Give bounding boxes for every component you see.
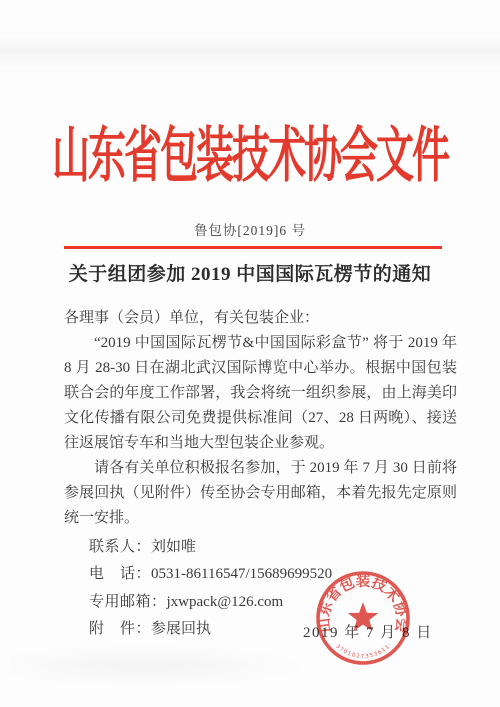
contact-row: 联系人：刘如唯 xyxy=(89,534,457,561)
org-letterhead-title: 山东省包装技术协会文件 xyxy=(20,86,480,228)
contact-label: 联系人： xyxy=(89,539,151,555)
contact-value: 0531-86116547/15689699520 xyxy=(151,566,332,582)
document-title: 关于组团参加 2019 中国国际瓦楞节的通知 xyxy=(0,259,500,286)
scan-artifact-top xyxy=(0,36,500,68)
contact-label: 电 话： xyxy=(89,566,151,582)
document-body: 各理事（会员）单位，有关包装企业： “2019 中国国际瓦楞节&中国国际彩盒节”… xyxy=(64,306,457,644)
contact-value: jxwpack@126.com xyxy=(167,594,284,610)
paragraph: 请各有关单位积极报名参加，于 2019 年 7 月 30 日前将参展回执（见附件… xyxy=(64,456,457,531)
salutation: 各理事（会员）单位，有关包装企业： xyxy=(64,306,457,331)
document-page: 山东省包装技术协会文件 鲁包协[2019]6 号 关于组团参加 2019 中国国… xyxy=(0,0,500,707)
red-divider-line xyxy=(64,246,442,249)
paragraphs: “2019 中国国际瓦楞节&中国国际彩盒节” 将于 2019 年 8 月 28-… xyxy=(64,331,457,531)
contact-row: 电 话：0531-86116547/15689699520 xyxy=(89,561,457,588)
scan-artifact-bottom xyxy=(10,645,310,687)
contact-value: 参展回执 xyxy=(151,621,211,637)
contact-value: 刘如唯 xyxy=(151,539,196,555)
contact-label: 专用邮箱： xyxy=(89,594,167,610)
paragraph: “2019 中国国际瓦楞节&中国国际彩盒节” 将于 2019 年 8 月 28-… xyxy=(64,331,457,456)
svg-text:3701027353611: 3701027353611 xyxy=(334,644,391,660)
contact-label: 附 件： xyxy=(89,621,151,637)
seal-number: 3701027353611 xyxy=(334,644,391,660)
document-date: 2019 年 7 月 8 日 xyxy=(303,621,433,642)
contact-row: 专用邮箱：jxwpack@126.com xyxy=(89,589,457,616)
doc-number: 鲁包协[2019]6 号 xyxy=(0,219,500,239)
